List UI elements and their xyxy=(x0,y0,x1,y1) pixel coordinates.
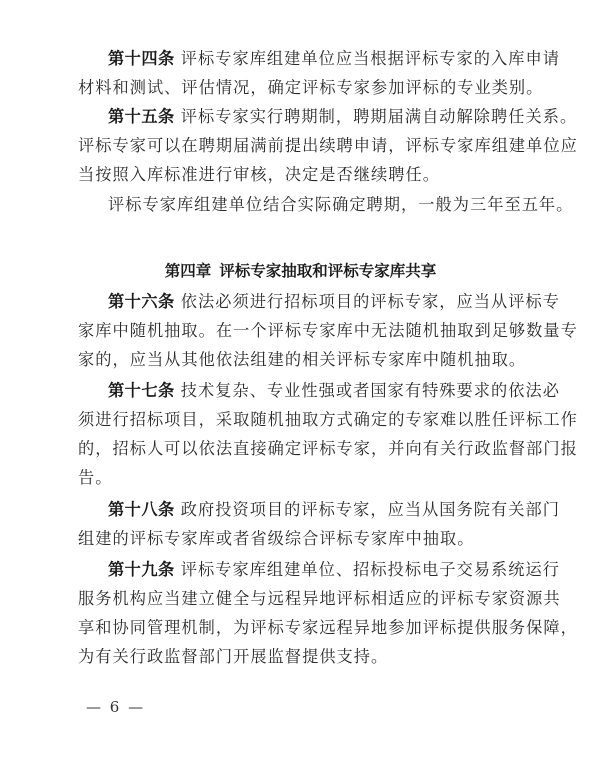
article-15-line-3: 当按照入库标准进行审核，决定是否继续聘任。 xyxy=(78,164,514,186)
article-18-line-1: 第十八条政府投资项目的评标专家，应当从国务院有关部门 xyxy=(108,499,514,521)
article-19-line-2: 服务机构应当建立健全与远程异地评标相适应的评标专家资源共 xyxy=(78,588,514,610)
article-18-label: 第十八条 xyxy=(108,500,175,519)
article-15-label: 第十五条 xyxy=(108,107,175,126)
article-17-line-3: 的，招标人可以依法直接确定评标专家，并向有关行政监督部门报 xyxy=(78,438,514,460)
article-15-line-2: 评标专家可以在聘期届满前提出续聘申请，评标专家库组建单位应 xyxy=(78,135,514,157)
article-18-line-2: 组建的评标专家库或者省级综合评标专家库中抽取。 xyxy=(78,528,514,550)
article-14-label: 第十四条 xyxy=(108,49,175,68)
article-14-line-1: 第十四条评标专家库组建单位应当根据评标专家的入库申请 xyxy=(108,48,514,70)
article-16-line-3: 家的，应当从其他依法组建的相关评标专家库中随机抽取。 xyxy=(78,349,514,371)
article-16-line-1: 第十六条依法必须进行招标项目的评标专家，应当从评标专 xyxy=(108,291,514,313)
article-15-paragraph-2: 评标专家库组建单位结合实际确定聘期，一般为三年至五年。 xyxy=(108,194,514,216)
document-page: 第十四条评标专家库组建单位应当根据评标专家的入库申请 材料和测试、评估情况，确定… xyxy=(0,0,601,771)
article-17-line-2: 须进行招标项目，采取随机抽取方式确定的专家难以胜任评标工作 xyxy=(78,409,514,431)
page-number: — 6 — xyxy=(86,698,145,716)
article-17-line-1: 第十七条技术复杂、专业性强或者国家有特殊要求的依法必 xyxy=(108,380,514,402)
chapter-number: 第四章 xyxy=(165,262,212,280)
article-19-line-3: 享和协同管理机制，为评标专家远程异地参加评标提供服务保障， xyxy=(78,617,514,639)
article-15-line-1: 第十五条评标专家实行聘期制，聘期届满自动解除聘任关系。 xyxy=(108,106,514,128)
chapter-title: 评标专家抽取和评标专家库共享 xyxy=(219,262,436,280)
article-16-label: 第十六条 xyxy=(108,292,175,311)
chapter-heading: 第四章评标专家抽取和评标专家库共享 xyxy=(0,260,601,282)
article-16-line-2: 家库中随机抽取。在一个评标专家库中无法随机抽取到足够数量专 xyxy=(78,320,514,342)
article-19-line-4: 为有关行政监督部门开展监督提供支持。 xyxy=(78,646,514,668)
article-17-line-4: 告。 xyxy=(78,467,514,489)
article-17-label: 第十七条 xyxy=(108,381,175,400)
article-19-line-1: 第十九条评标专家库组建单位、招标投标电子交易系统运行 xyxy=(108,559,514,581)
article-14-line-2: 材料和测试、评估情况，确定评标专家参加评标的专业类别。 xyxy=(78,77,514,99)
article-19-label: 第十九条 xyxy=(108,560,175,579)
